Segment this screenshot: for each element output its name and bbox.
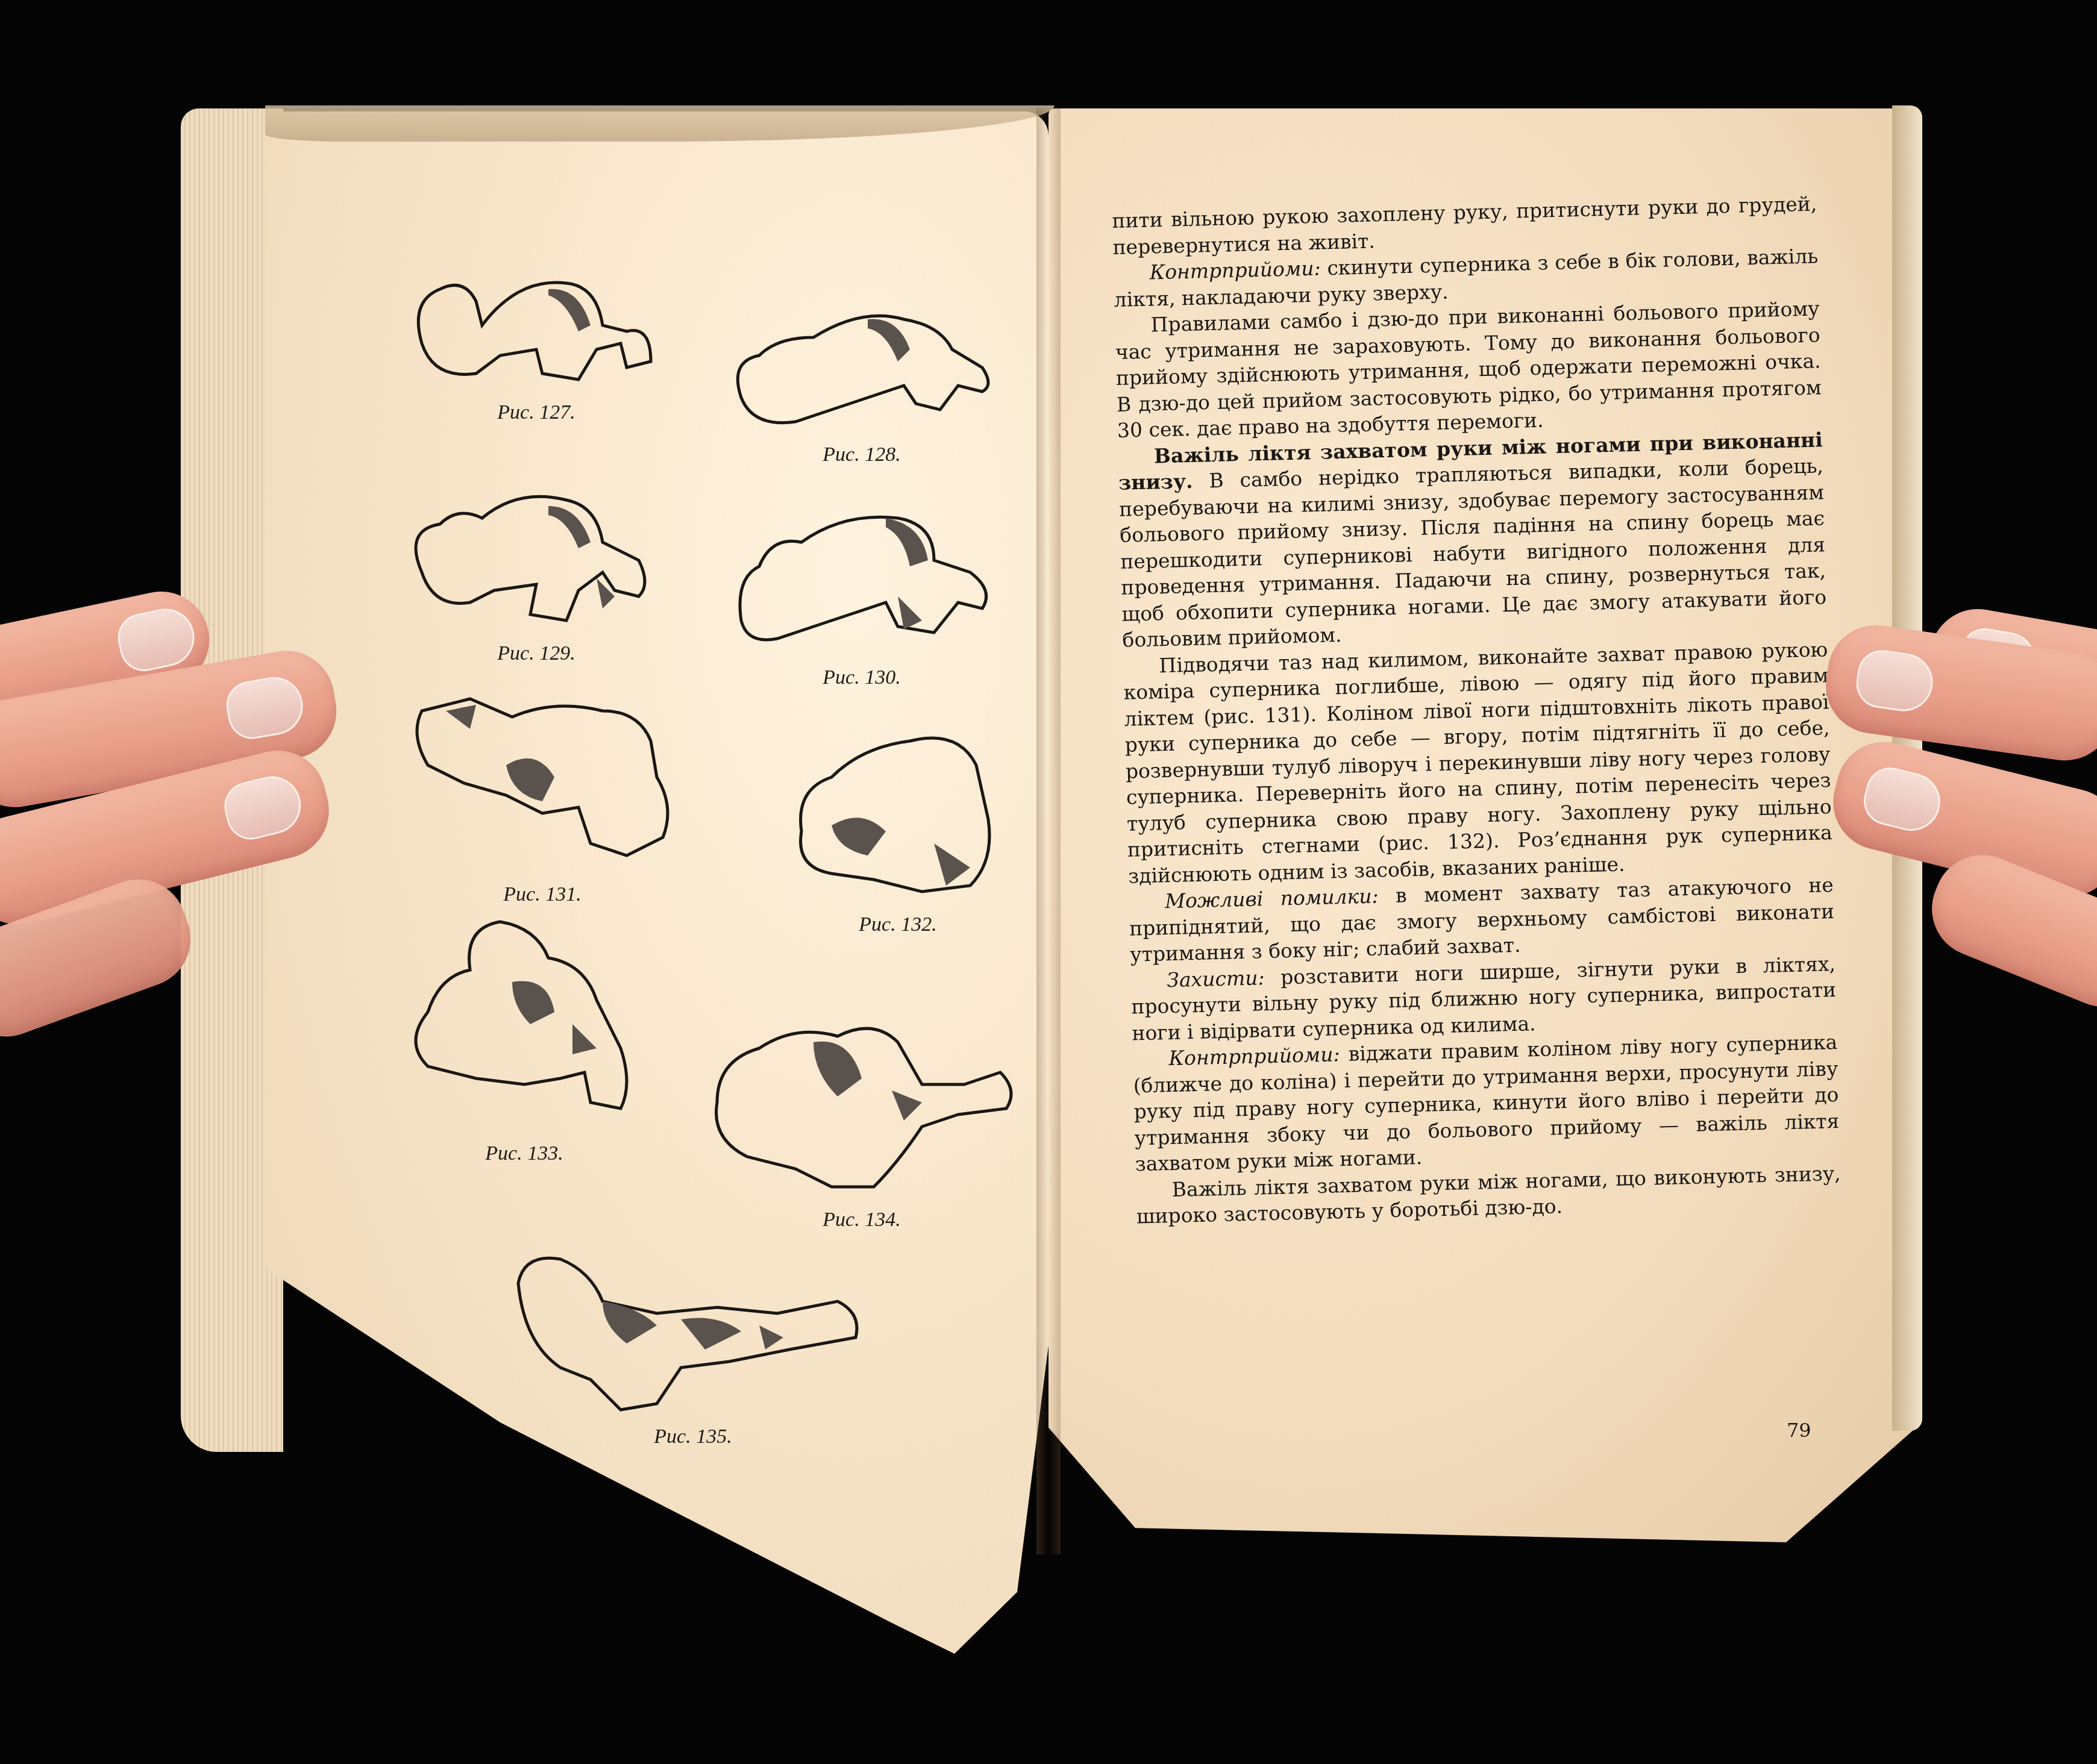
paragraph: Контрприйоми: віджати правим коліном лів… [1132, 1029, 1840, 1177]
text-run-italic: Можливі помилки: [1165, 884, 1379, 913]
fingernail [222, 672, 307, 742]
fingernail [1859, 763, 1946, 837]
figure-134: Рис. 134. [693, 1006, 1030, 1231]
figure-caption: Рис. 130. [823, 666, 900, 689]
figure-caption: Рис. 127. [497, 401, 575, 424]
wrestlers-illustration-icon [777, 723, 1018, 904]
figure-129: Рис. 129. [398, 476, 675, 665]
text-run-italic: Захисти: [1167, 966, 1265, 992]
text-run-italic: Контрприйоми: [1168, 1042, 1340, 1070]
figure-caption: Рис. 128. [823, 443, 900, 466]
text-run: В самбо нерідко трапляються випадки, кол… [1119, 454, 1827, 651]
paragraph: Правилами самбо і дзю-до при виконанні б… [1114, 295, 1822, 443]
paragraph: Підводячи таз над килимом, виконайте зах… [1123, 636, 1833, 889]
page-number: 79 [1787, 1419, 1811, 1442]
figure-caption: Рис. 129. [497, 642, 575, 665]
figure-135: Рис. 135. [500, 1247, 886, 1448]
figure-131: Рис. 131. [398, 675, 687, 906]
figure-caption: Рис. 134. [823, 1209, 900, 1231]
wrestlers-illustration-icon [693, 1006, 1030, 1199]
fingernail [219, 770, 307, 845]
figure-caption: Рис. 132. [859, 913, 936, 936]
text-run: в момент захвату таз атакуючого не припі… [1129, 873, 1835, 966]
text-run-italic: Контрприйоми: [1149, 257, 1321, 284]
wrestlers-illustration-icon [392, 904, 657, 1133]
wrestlers-illustration-icon [398, 253, 675, 392]
wrestlers-illustration-icon [500, 1247, 886, 1416]
book-gutter [1036, 108, 1061, 1554]
fingernail [113, 603, 199, 675]
text-run: Правилами самбо і дзю-до при виконанні б… [1115, 296, 1822, 442]
wrestlers-illustration-icon [398, 675, 687, 874]
figure-127: Рис. 127. [398, 253, 675, 424]
text-run: Підводячи таз над килимом, виконайте зах… [1123, 637, 1832, 887]
fingernail [1853, 647, 1936, 715]
figure-132: Рис. 132. [777, 723, 1018, 936]
open-book: Рис. 127. Рис. 128. Рис. 129. Рис. 130. [0, 0, 2097, 1764]
paragraph: Важіль ліктя захватом руки між ногами пр… [1118, 427, 1828, 653]
wrestlers-illustration-icon [723, 295, 1000, 434]
text-run: розставити ноги ширше, зігнути руки в лі… [1131, 952, 1837, 1045]
figure-caption: Рис. 131. [503, 883, 581, 906]
wrestlers-illustration-icon [717, 500, 1006, 657]
figure-128: Рис. 128. [723, 295, 1000, 466]
body-text: пити вільною рукою захоплену руку, прити… [1112, 190, 1842, 1230]
wrestlers-illustration-icon [398, 476, 675, 633]
figure-caption: Рис. 133. [485, 1142, 563, 1165]
figure-133: Рис. 133. [392, 904, 657, 1165]
figure-caption: Рис. 135. [654, 1425, 732, 1448]
figure-130: Рис. 130. [717, 500, 1006, 689]
